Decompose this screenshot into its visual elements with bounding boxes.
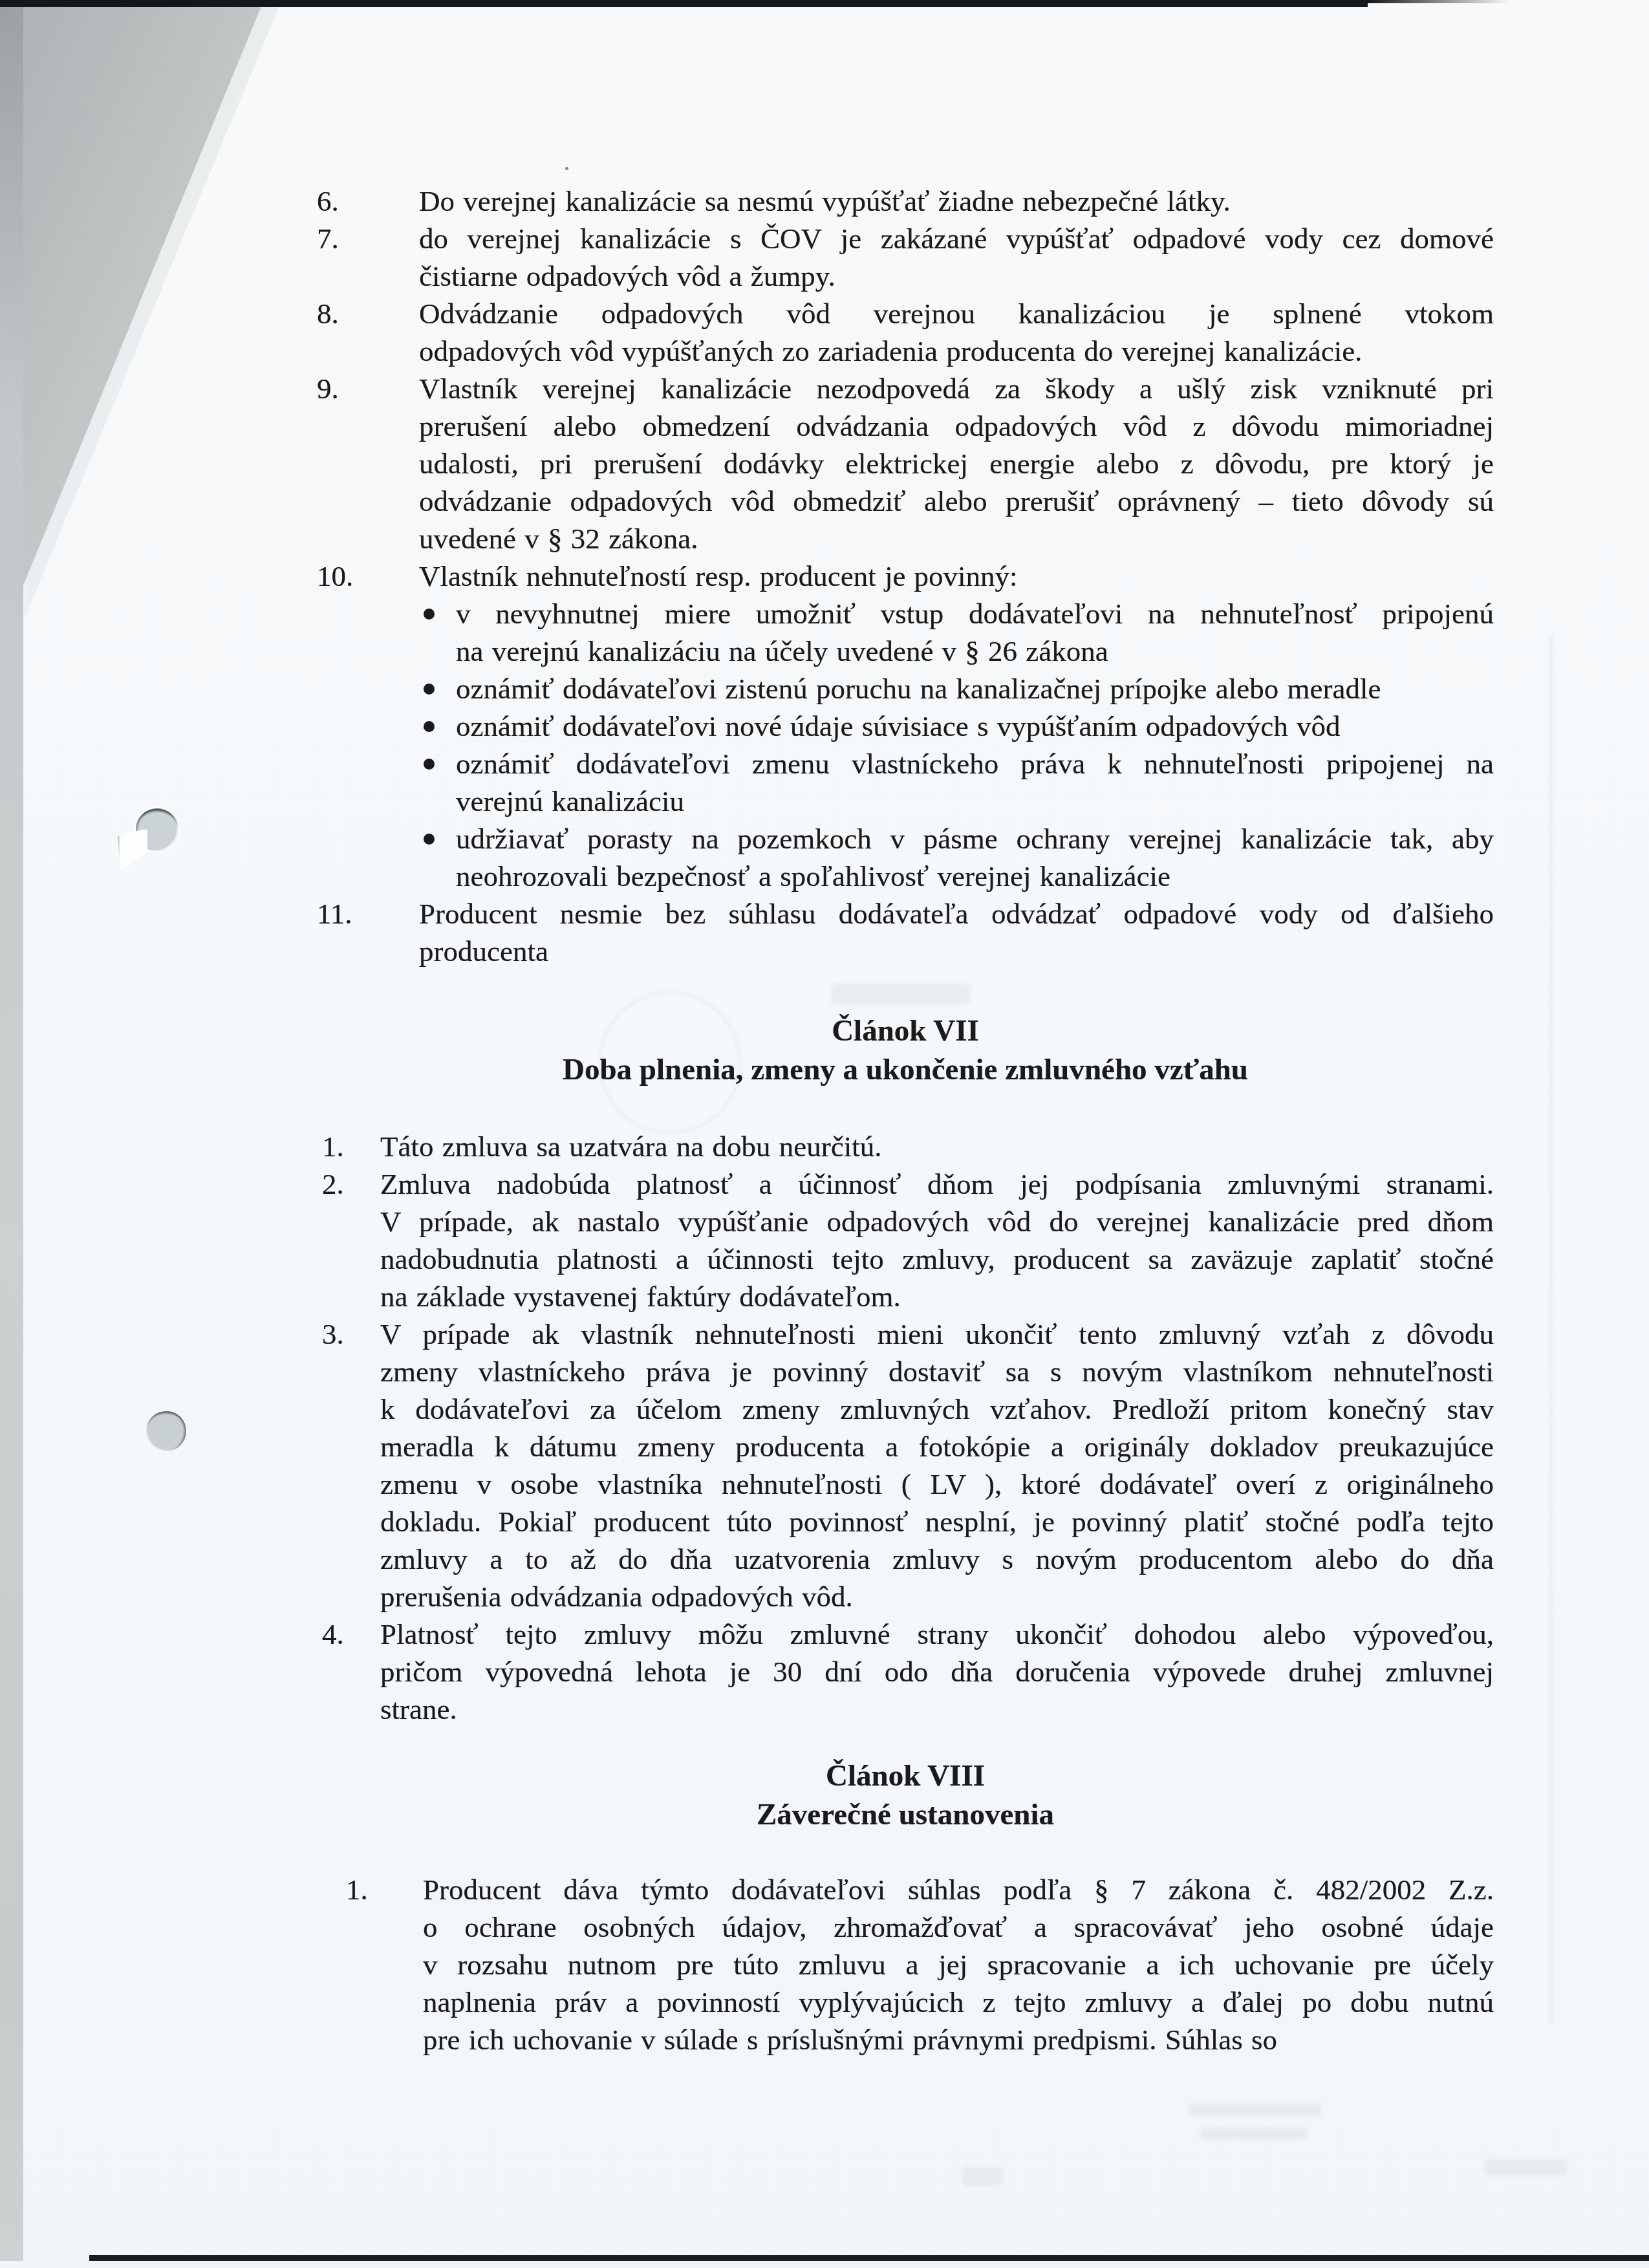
article-viii-heading: Článok VIII Záverečné ustanovenia [317,1756,1494,1834]
text-line: producenta [419,933,1494,970]
item-number: 6. [317,182,339,220]
text-line: odpadových vôd vypúšťaných zo zariadenia… [419,332,1494,370]
numbered-list-6-10: 6.Do verejnej kanalizácie sa nesmú vypúš… [317,182,1494,595]
article-vii-subtitle: Doba plnenia, zmeny a ukončenie zmluvnéh… [317,1050,1494,1089]
punch-hole-icon [136,808,178,851]
text-line: meradla k dátumu zmeny producenta a foto… [380,1428,1494,1465]
text-line: na základe vystavenej faktúry dodávateľo… [380,1278,1494,1315]
list-item: 6.Do verejnej kanalizácie sa nesmú vypúš… [317,182,1494,220]
text-line: oznámiť dodávateľovi zmenu vlastníckeho … [456,745,1494,783]
bullet-icon [424,759,435,770]
item-number: 2. [322,1165,344,1203]
article-vii-title: Článok VII [317,1011,1494,1050]
text-line: strane. [380,1690,1494,1728]
bleed-through-mark [962,2166,1002,2186]
list-item: 2.Zmluva nadobúda platnosť a účinnosť dň… [317,1165,1494,1315]
text-line: udalosti, pri prerušení dodávky elektric… [419,445,1494,482]
bullet-item: oznámiť dodávateľovi zistenú poruchu na … [317,670,1494,707]
bullet-item: udržiavať porasty na pozemkoch v pásme o… [317,820,1494,895]
item-number: 1. [322,1128,344,1165]
scanned-contract-page: { "colors":{"paper":"#f6f8fa","ink":"#1a… [0,0,1649,2268]
text-line: V prípade ak vlastník nehnuteľnosti mien… [380,1315,1494,1353]
text-line: v nevyhnutnej miere umožniť vstup dodáva… [456,595,1494,632]
list-item: 4.Platnosť tejto zmluvy môžu zmluvné str… [317,1615,1494,1728]
dust-speck [565,167,568,170]
contract-text: 6.Do verejnej kanalizácie sa nesmú vypúš… [317,182,1494,2058]
text-line: o ochrane osobných údajov, zhromažďovať … [423,1908,1494,1946]
list-item: 1.Táto zmluva sa uzatvára na dobu neurči… [317,1128,1494,1165]
document-page: 6.Do verejnej kanalizácie sa nesmú vypúš… [0,0,1649,2268]
scan-top-edge [0,0,1368,7]
bleed-through-mark [1189,2103,1321,2116]
text-line: prerušenia odvádzania odpadových vôd. [380,1578,1494,1615]
text-line: Do verejnej kanalizácie sa nesmú vypúšťa… [419,182,1494,220]
text-line: neohrozovali bezpečnosť a spoľahlivosť v… [456,858,1494,895]
torn-paper [118,828,147,870]
text-line: V prípade, ak nastalo vypúšťanie odpadov… [380,1203,1494,1240]
text-line: zmeny vlastníckeho práva je povinný dost… [380,1353,1494,1390]
text-line: Zmluva nadobúda platnosť a účinnosť dňom… [380,1165,1494,1203]
text-line: naplnenia práv a povinností vyplývajúcic… [423,1983,1494,2021]
article-viii-title: Článok VIII [317,1756,1494,1795]
text-line: oznámiť dodávateľovi nové údaje súvisiac… [456,707,1494,745]
bullet-item: v nevyhnutnej miere umožniť vstup dodáva… [317,595,1494,670]
bullet-icon [424,721,435,732]
bullet-icon [424,609,435,620]
item-number: 4. [322,1615,344,1653]
text-line: odvádzanie odpadových vôd obmedziť alebo… [419,482,1494,520]
paper-crease [1549,634,1553,2024]
article-vii-list: 1.Táto zmluva sa uzatvára na dobu neurči… [317,1128,1494,1728]
text-line: pre ich uchovanie v súlade s príslušnými… [423,2021,1494,2058]
item-number: 3. [322,1315,344,1353]
bullet-icon [424,684,435,695]
bleed-through-mark [1200,2128,1307,2139]
item-number: 11. [317,895,352,933]
item-number: 7. [317,220,339,257]
bullet-icon [424,834,435,845]
article-vii-heading: Článok VII Doba plnenia, zmeny a ukončen… [317,1011,1494,1089]
article-viii-subtitle: Záverečné ustanovenia [317,1795,1494,1834]
text-line: čistiarne odpadových vôd a žumpy. [419,257,1494,295]
text-line: Vlastník verejnej kanalizácie nezodpoved… [419,370,1494,407]
text-line: verejnú kanalizáciu [456,783,1494,820]
scanner-edge-strip [0,0,23,2268]
text-line: zmluvy a to až do dňa uzatvorenia zmluvy… [380,1540,1494,1578]
text-line: zmenu v osobe vlastníka nehnuteľnosti ( … [380,1465,1494,1503]
text-line: dokladu. Pokiaľ producent túto povinnosť… [380,1503,1494,1540]
text-line: na verejnú kanalizáciu na účely uvedené … [456,632,1494,670]
text-line: Odvádzanie odpadových vôd verejnou kanal… [419,295,1494,332]
text-line: Táto zmluva sa uzatvára na dobu neurčitú… [380,1128,1494,1165]
bleed-through-mark [1485,2159,1568,2176]
text-line: Producent dáva týmto dodávateľovi súhlas… [423,1871,1494,1908]
text-line: oznámiť dodávateľovi zistenú poruchu na … [456,670,1494,707]
text-line: prerušení alebo obmedzení odvádzania odp… [419,407,1494,445]
item-number: 10. [317,557,353,595]
scan-bottom-edge [89,2255,1649,2261]
article-viii-list: 1.Producent dáva týmto dodávateľovi súhl… [317,1871,1494,2058]
list-item: 7.do verejnej kanalizácie s ČOV je zakáz… [317,220,1494,295]
text-line: Producent nesmie bez súhlasu dodávateľa … [419,895,1494,933]
list-item: 3.V prípade ak vlastník nehnuteľnosti mi… [317,1315,1494,1615]
text-line: pričom výpovedná lehota je 30 dní odo dň… [380,1653,1494,1690]
list-item: 9.Vlastník verejnej kanalizácie nezodpov… [317,370,1494,557]
list-item: 1.Producent dáva týmto dodávateľovi súhl… [317,1871,1494,2058]
text-line: k dodávateľovi za účelom zmeny zmluvných… [380,1390,1494,1428]
list-item: 10.Vlastník nehnuteľností resp. producen… [317,557,1494,595]
text-line: do verejnej kanalizácie s ČOV je zakázan… [419,220,1494,257]
list-item: 11.Producent nesmie bez súhlasu dodávate… [317,895,1494,970]
text-line: v rozsahu nutnom pre túto zmluvu a jej s… [423,1946,1494,1983]
punch-hole-icon [146,1411,186,1451]
list-item: 8.Odvádzanie odpadových vôd verejnou kan… [317,295,1494,370]
numbered-item-11: 11.Producent nesmie bez súhlasu dodávate… [317,895,1494,970]
text-line: nadobudnutia platnosti a účinnosti tejto… [380,1240,1494,1278]
item-number: 9. [317,370,339,407]
obligations-bullet-list: v nevyhnutnej miere umožniť vstup dodáva… [317,595,1494,895]
item-number: 1. [346,1871,368,1908]
scan-bottom-margin [0,2261,1649,2268]
text-line: udržiavať porasty na pozemkoch v pásme o… [456,820,1494,858]
bullet-item: oznámiť dodávateľovi zmenu vlastníckeho … [317,745,1494,820]
text-line: Platnosť tejto zmluvy môžu zmluvné stran… [380,1615,1494,1653]
text-line: uvedené v § 32 zákona. [419,520,1494,557]
bullet-item: oznámiť dodávateľovi nové údaje súvisiac… [317,707,1494,745]
text-line: Vlastník nehnuteľností resp. producent j… [419,557,1494,595]
item-number: 8. [317,295,339,332]
